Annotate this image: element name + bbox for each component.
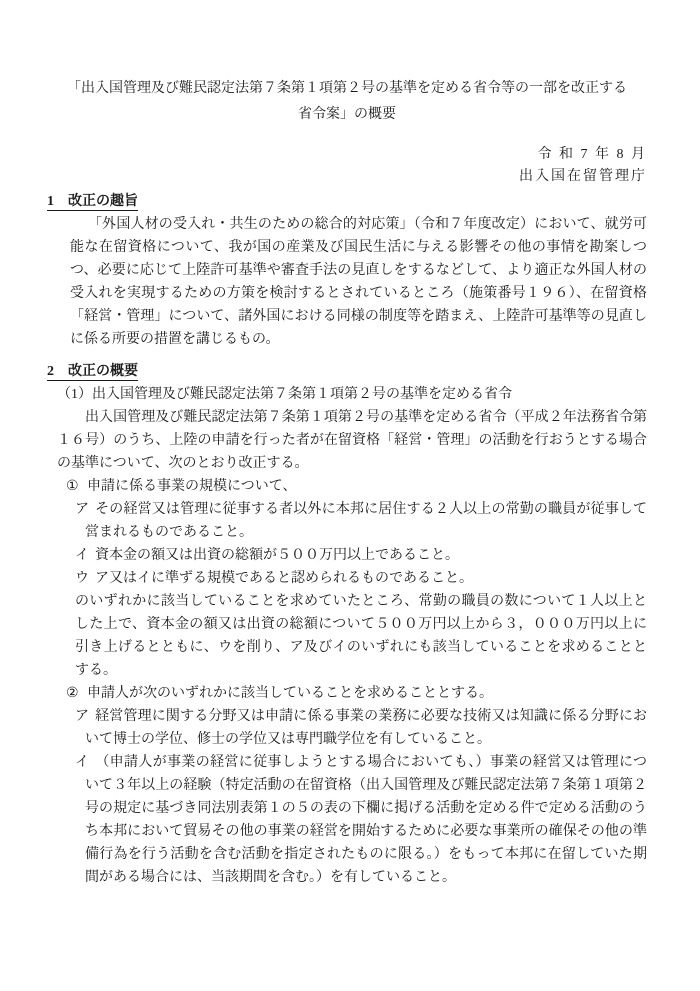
list-item-marker: イ <box>75 544 95 567</box>
clause-1: ① 申請に係る事業の規模について、 <box>66 475 647 498</box>
document-title-line-1: 「出入国管理及び難民認定法第７条第１項第２号の基準を定める省令等の一部を改正する <box>47 76 647 102</box>
clause-2-subitem-i: イ（申請人が事業の経営に従事しようとする場合においても、）事業の経営又は管理につ… <box>75 751 647 889</box>
document-title: 「出入国管理及び難民認定法第７条第１項第２号の基準を定める省令等の一部を改正する… <box>47 76 647 128</box>
clause-1-text: 申請に係る事業の規模について、 <box>87 475 296 498</box>
list-item-marker: イ <box>75 751 95 774</box>
list-item-text: ア又はイに準ずる規模であると認められるものであること。 <box>95 571 473 586</box>
list-item-text: その経営又は管理に従事する者以外に本邦に居住する２人以上の常勤の職員が従事して営… <box>85 502 647 540</box>
list-item-text: 経営管理に関する分野又は申請に係る事業の業務に必要な技術又は知識に係る分野におい… <box>85 709 647 747</box>
clause-1-marker: ① <box>66 475 87 498</box>
clause-1-subitem-a: アその経営又は管理に従事する者以外に本邦に居住する２人以上の常勤の職員が従事して… <box>75 498 647 544</box>
issuing-agency: 出入国在留管理庁 <box>47 166 647 188</box>
list-item-marker: ア <box>75 705 95 728</box>
clause-2: ② 申請人が次のいずれかに該当していることを求めることとする。 <box>66 682 647 705</box>
list-item-text: 資本金の額又は出資の総額が５００万円以上であること。 <box>95 548 459 563</box>
section2-heading-text: 2 改正の概要 <box>47 364 138 381</box>
list-item-marker: ウ <box>75 567 95 590</box>
section2-item1-title: （1）出入国管理及び難民認定法第７条第１項第２号の基準を定める省令 <box>57 383 647 406</box>
clause-2-marker: ② <box>66 682 87 705</box>
clause-1-subitem-i: イ資本金の額又は出資の総額が５００万円以上であること。 <box>75 544 647 567</box>
document-date: 令 和 7 年 8 月 <box>47 144 647 166</box>
clause-2-subitem-a: ア経営管理に関する分野又は申請に係る事業の業務に必要な技術又は知識に係る分野にお… <box>75 705 647 751</box>
section2-item1-intro: 出入国管理及び難民認定法第７条第１項第２号の基準を定める省令（平成２年法務省令第… <box>57 406 647 475</box>
document-page: 「出入国管理及び難民認定法第７条第１項第２号の基準を定める省令等の一部を改正する… <box>0 0 700 991</box>
list-item-marker: ア <box>75 498 95 521</box>
section1-body: 「外国人材の受入れ・共生のための総合的対応策」（令和７年度改定）において、就労可… <box>70 213 647 351</box>
clause-2-text: 申請人が次のいずれかに該当していることを求めることとする。 <box>87 682 493 705</box>
clause-1-subitem-u: ウア又はイに準ずる規模であると認められるものであること。 <box>75 567 647 590</box>
document-title-line-2: 省令案」の概要 <box>47 102 647 128</box>
section1-heading: 1 改正の趣旨 <box>47 190 647 213</box>
section2-heading: 2 改正の概要 <box>47 360 647 383</box>
clause-1-continuation: のいずれかに該当していることを求めていたところ、常勤の職員の数について１人以上と… <box>75 590 647 682</box>
document-meta: 令 和 7 年 8 月 出入国在留管理庁 <box>47 144 647 188</box>
section1-heading-text: 1 改正の趣旨 <box>47 194 138 211</box>
list-item-text: （申請人が事業の経営に従事しようとする場合においても、）事業の経営又は管理につい… <box>85 755 647 885</box>
